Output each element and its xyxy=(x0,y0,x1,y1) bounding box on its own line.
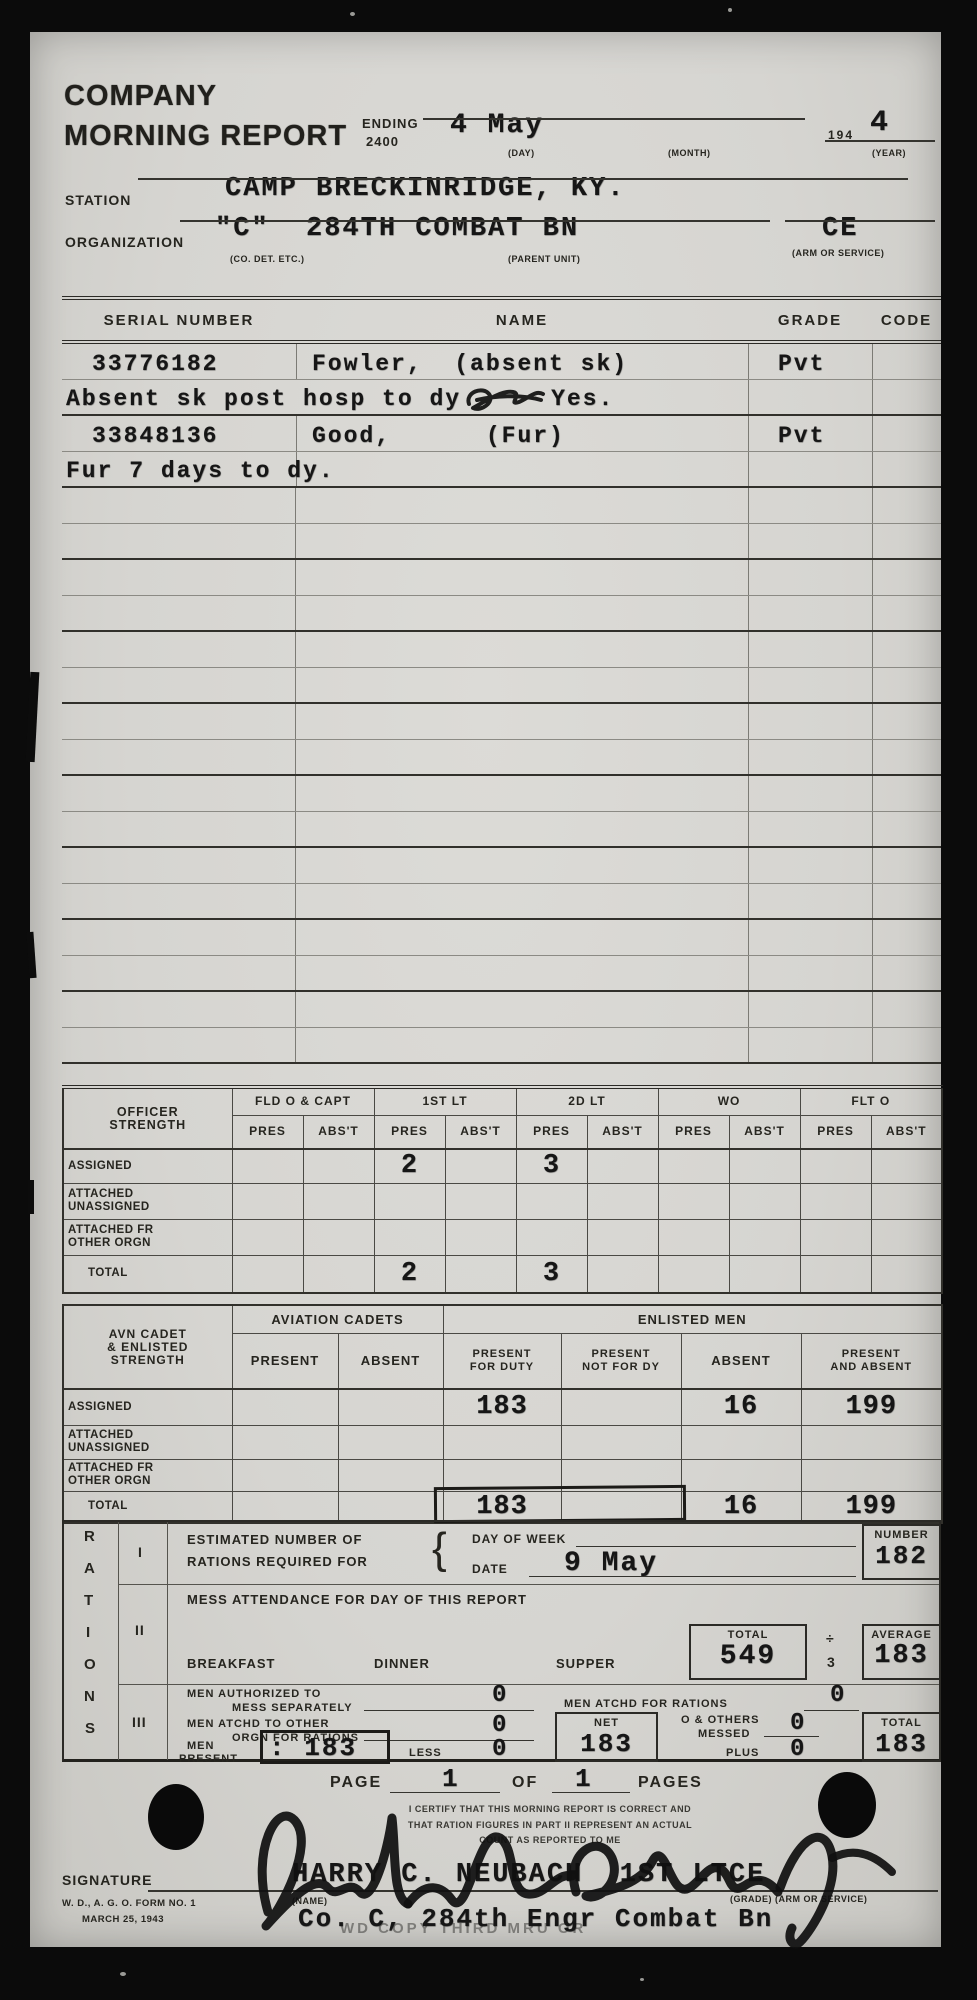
row-label-attached-unassigned: ATTACHED UNASSIGNED xyxy=(63,1183,232,1219)
others-value: 0 xyxy=(790,1710,806,1737)
atchd-other-value: 0 xyxy=(492,1712,508,1739)
cadet-strength-wrapper: AVN CADET & ENLISTED STRENGTH AVIATION C… xyxy=(62,1304,943,1524)
ending-time: 2400 xyxy=(366,134,399,149)
col-group-enlisted-men: ENLISTED MEN xyxy=(443,1305,942,1333)
number-label: NUMBER xyxy=(864,1529,939,1541)
row-label-total: TOTAL xyxy=(63,1255,232,1293)
officer-cell xyxy=(658,1149,729,1183)
entry-grade: Pvt xyxy=(778,421,825,451)
officer-cell xyxy=(658,1183,729,1219)
cadet-cell xyxy=(232,1459,338,1491)
day-of-week-underline xyxy=(576,1546,856,1547)
officer-cell xyxy=(658,1219,729,1255)
officer-cell xyxy=(303,1183,374,1219)
cadet-cell xyxy=(338,1459,443,1491)
officer-cell xyxy=(871,1183,942,1219)
blank-roster-row xyxy=(62,704,941,740)
less-value: 0 xyxy=(492,1736,508,1763)
officer-cell xyxy=(587,1149,658,1183)
scan-artifact xyxy=(28,1180,34,1214)
scan-speck xyxy=(120,1972,126,1976)
roster-body: 33776182 Fowler, (absent sk) Pvt Absent … xyxy=(62,344,941,1064)
day-of-week-label: DAY OF WEEK xyxy=(472,1532,566,1546)
officer-total-value: 2 xyxy=(401,1259,418,1289)
name-header: NAME xyxy=(296,312,748,329)
year-value: 4 xyxy=(870,106,890,140)
officer-cell xyxy=(729,1219,800,1255)
rations-letter: I xyxy=(86,1624,91,1641)
roster-entry-row: 33776182 Fowler, (absent sk) Pvt xyxy=(62,344,941,380)
rations-letter: A xyxy=(84,1560,96,1577)
form-number-line1: W. D., A. G. O. FORM NO. 1 xyxy=(62,1898,196,1909)
officer-cell xyxy=(871,1255,942,1293)
row-label-assigned: ASSIGNED xyxy=(63,1149,232,1183)
officer-cell xyxy=(445,1149,516,1183)
cadet-cell-value: 199 xyxy=(845,1392,897,1422)
divide-sign: ÷ xyxy=(826,1630,835,1646)
date-label: DATE xyxy=(472,1562,508,1576)
scan-artifact xyxy=(26,932,36,978)
mess-total-label: TOTAL xyxy=(691,1629,805,1641)
scan-speck xyxy=(350,12,355,16)
col-cadets-present: PRESENT xyxy=(232,1333,338,1389)
breakfast-label: BREAKFAST xyxy=(187,1656,275,1671)
auth-underline xyxy=(364,1710,534,1711)
cadet-cell xyxy=(681,1459,801,1491)
blank-roster-row xyxy=(62,812,941,848)
blank-roster-row xyxy=(62,668,941,704)
date-underline xyxy=(423,118,805,120)
scan-speck xyxy=(728,8,732,12)
cadet-cell xyxy=(338,1389,443,1425)
abst-header: ABS'T xyxy=(445,1115,516,1149)
cadet-cell xyxy=(338,1425,443,1459)
entry-remark-suffix: Yes. xyxy=(551,384,614,414)
officer-cell xyxy=(800,1255,871,1293)
cadet-cell xyxy=(561,1389,681,1425)
report-date-value: 4 May xyxy=(450,110,544,141)
pen-scribble xyxy=(463,382,549,416)
net-value: 183 xyxy=(557,1729,656,1759)
mess-total-value: 549 xyxy=(691,1641,805,1672)
form-title-line1: COMPANY xyxy=(64,80,217,113)
officer-cell xyxy=(374,1183,445,1219)
row-label-attached-fr-other-orgn: ATTACHED FR OTHER ORGN xyxy=(63,1219,232,1255)
abst-header: ABS'T xyxy=(303,1115,374,1149)
row-label-attached-fr-other-orgn: ATTACHED FR OTHER ORGN xyxy=(63,1459,232,1491)
col-present-and-absent: PRESENT AND ABSENT xyxy=(801,1333,942,1389)
row-label-total: TOTAL xyxy=(63,1491,232,1523)
year-label: (YEAR) xyxy=(872,148,906,158)
rations-letter: R xyxy=(84,1528,96,1545)
col-group-2d-lt: 2D LT xyxy=(516,1087,658,1115)
col-group-flt-o: FLT O xyxy=(800,1087,942,1115)
officer-cell xyxy=(729,1183,800,1219)
officer-cell xyxy=(232,1219,303,1255)
officer-cell xyxy=(374,1219,445,1255)
entry-remark: Absent sk post hosp to dy xyxy=(66,384,461,414)
station-underline xyxy=(138,178,908,180)
pres-header: PRES xyxy=(800,1115,871,1149)
atchd-rations-underline xyxy=(804,1710,859,1711)
officer-cell xyxy=(587,1255,658,1293)
officer-cell xyxy=(303,1255,374,1293)
rations-row-divider xyxy=(118,1584,939,1585)
blank-roster-row xyxy=(62,632,941,668)
men-present-line2: PRESENT xyxy=(179,1753,238,1765)
officer-cell xyxy=(516,1183,587,1219)
col-group-aviation-cadets: AVIATION CADETS xyxy=(232,1305,443,1333)
estimated-rations-line2: RATIONS REQUIRED FOR xyxy=(187,1554,368,1569)
col-group-wo: WO xyxy=(658,1087,800,1115)
rations-letter: T xyxy=(84,1592,94,1609)
signature-label: SIGNATURE xyxy=(62,1872,152,1888)
pres-header: PRES xyxy=(232,1115,303,1149)
organization-label: ORGANIZATION xyxy=(65,234,184,250)
arm-underline xyxy=(785,220,935,222)
supper-label: SUPPER xyxy=(556,1656,615,1671)
org-sub-label-2: (PARENT UNIT) xyxy=(508,254,580,264)
officer-cell xyxy=(303,1219,374,1255)
blank-roster-row xyxy=(62,848,941,884)
blank-roster-row xyxy=(62,740,941,776)
officer-strength-table: OFFICER STRENGTH FLD O & CAPT 1ST LT 2D … xyxy=(62,1085,943,1294)
blank-roster-row xyxy=(62,560,941,596)
men-atchd-for-rations-label: MEN ATCHD FOR RATIONS xyxy=(564,1698,728,1710)
cadet-total-value: 199 xyxy=(845,1492,897,1522)
org-underline xyxy=(180,220,770,222)
average-label: AVERAGE xyxy=(864,1629,939,1641)
roster-entry-row: 33848136 Good, (Fur) Pvt xyxy=(62,416,941,452)
entry-serial: 33848136 xyxy=(92,421,218,451)
men-atchd-other-line1: MEN ATCHD TO OTHER xyxy=(187,1718,329,1730)
section-numeral-2: II xyxy=(135,1622,145,1638)
others-line1: O & OTHERS xyxy=(681,1714,759,1726)
rations-row-divider xyxy=(118,1684,939,1685)
ending-label: ENDING xyxy=(362,116,419,131)
officer-cell-value: 2 xyxy=(401,1151,418,1181)
form-number-line2: MARCH 25, 1943 xyxy=(82,1914,164,1925)
officer-cell xyxy=(445,1219,516,1255)
number-box: NUMBER 182 xyxy=(862,1524,941,1580)
section-numeral-1: I xyxy=(138,1544,143,1560)
row-label-attached-unassigned: ATTACHED UNASSIGNED xyxy=(63,1425,232,1459)
organization-value: "C" 284TH COMBAT BN xyxy=(215,214,579,244)
col-enlisted-absent: ABSENT xyxy=(681,1333,801,1389)
ration-date-value: 9 May xyxy=(564,1548,658,1579)
entry-name: Fowler, (absent sk) xyxy=(312,349,628,379)
blank-roster-row xyxy=(62,524,941,560)
row-label-assigned: ASSIGNED xyxy=(63,1389,232,1425)
abst-header: ABS'T xyxy=(871,1115,942,1149)
cadet-total-value: 16 xyxy=(724,1492,758,1522)
cadet-cell xyxy=(232,1491,338,1523)
entry-grade: Pvt xyxy=(778,349,825,379)
pres-header: PRES xyxy=(374,1115,445,1149)
officer-cell xyxy=(303,1149,374,1183)
mess-total-box: TOTAL 549 xyxy=(689,1624,807,1680)
atchd-rations-value: 0 xyxy=(830,1682,846,1709)
year-underline xyxy=(825,140,935,142)
officer-cell xyxy=(871,1219,942,1255)
entry-serial: 33776182 xyxy=(92,349,218,379)
scanned-document: COMPANY MORNING REPORT ENDING 2400 4 May… xyxy=(0,0,977,2000)
abst-header: ABS'T xyxy=(729,1115,800,1149)
cadet-cell xyxy=(801,1425,942,1459)
scan-speck xyxy=(640,1978,644,1981)
entry-remark: Fur 7 days to dy. xyxy=(66,456,335,486)
blank-roster-row xyxy=(62,596,941,632)
pen-drawn-box: : 183 xyxy=(260,1730,390,1764)
less-label: LESS xyxy=(409,1747,442,1759)
cadet-strength-corner: AVN CADET & ENLISTED STRENGTH xyxy=(63,1305,232,1389)
rations-total-value: 183 xyxy=(864,1729,939,1759)
rations-letter: O xyxy=(84,1656,97,1673)
blank-roster-row xyxy=(62,488,941,524)
pen-drawn-box xyxy=(434,1485,686,1523)
rations-letter: N xyxy=(84,1688,96,1705)
day-label: (DAY) xyxy=(508,148,535,158)
divide-by-value: 3 xyxy=(827,1654,836,1670)
officer-cell-value: 3 xyxy=(543,1151,560,1181)
form-title-line2: MORNING REPORT xyxy=(64,120,347,153)
cadet-cell xyxy=(561,1425,681,1459)
average-value: 183 xyxy=(864,1641,939,1671)
cadet-cell xyxy=(338,1491,443,1523)
men-authorized-line1: MEN AUTHORIZED TO xyxy=(187,1688,321,1700)
officer-cell xyxy=(587,1219,658,1255)
cadet-cell xyxy=(801,1459,942,1491)
rations-letter: S xyxy=(85,1720,96,1737)
abst-header: ABS'T xyxy=(587,1115,658,1149)
officer-cell xyxy=(232,1149,303,1183)
men-authorized-line2: MESS SEPARATELY xyxy=(232,1702,353,1714)
serial-number-header: SERIAL NUMBER xyxy=(62,312,296,329)
men-present-value: : 183 xyxy=(269,1733,357,1763)
rations-numeral-divider xyxy=(167,1522,168,1760)
roster-remark-row: Fur 7 days to dy. xyxy=(62,452,941,488)
officer-cell xyxy=(800,1149,871,1183)
scan-artifact xyxy=(26,672,40,762)
blank-roster-row xyxy=(62,1028,941,1064)
roster-table: SERIAL NUMBER NAME GRADE CODE 33776182 F… xyxy=(62,296,941,1064)
blank-roster-row xyxy=(62,776,941,812)
officer-cell xyxy=(445,1255,516,1293)
auth-value: 0 xyxy=(492,1682,508,1709)
blank-roster-row xyxy=(62,956,941,992)
col-present-for-duty: PRESENT FOR DUTY xyxy=(443,1333,561,1389)
officer-cell xyxy=(587,1183,658,1219)
cadet-cell xyxy=(232,1425,338,1459)
officer-cell xyxy=(232,1255,303,1293)
net-label: NET xyxy=(557,1717,656,1729)
cadet-cell xyxy=(232,1389,338,1425)
rations-section: R A T I O N S I II III ESTIMATED NUMBER … xyxy=(62,1520,941,1762)
officer-cell xyxy=(729,1255,800,1293)
grade-header: GRADE xyxy=(748,312,872,329)
month-label: (MONTH) xyxy=(668,148,711,158)
officer-cell xyxy=(516,1219,587,1255)
brace-glyph: { xyxy=(432,1524,447,1574)
org-sub-label-1: (CO. DET. ETC.) xyxy=(230,254,305,264)
col-cadets-absent: ABSENT xyxy=(338,1333,443,1389)
officer-cell xyxy=(871,1149,942,1183)
cadet-cell-value: 183 xyxy=(476,1392,528,1422)
rations-letter-divider xyxy=(118,1522,119,1760)
blank-roster-row xyxy=(62,920,941,956)
col-present-not-for-dy: PRESENT NOT FOR DY xyxy=(561,1333,681,1389)
punch-hole xyxy=(148,1784,204,1850)
cadet-cell xyxy=(681,1425,801,1459)
officer-cell xyxy=(445,1183,516,1219)
cadet-cell xyxy=(443,1425,561,1459)
roster-remark-row: Absent sk post hosp to dy Yes. xyxy=(62,380,941,416)
estimated-rations-line1: ESTIMATED NUMBER OF xyxy=(187,1532,362,1547)
entry-name: Good, (Fur) xyxy=(312,421,565,451)
handwritten-signature xyxy=(220,1780,900,1950)
cadet-cell-value: 16 xyxy=(724,1392,758,1422)
officer-strength-corner: OFFICER STRENGTH xyxy=(63,1087,232,1149)
form-paper: COMPANY MORNING REPORT ENDING 2400 4 May… xyxy=(30,32,941,1947)
officer-total-value: 3 xyxy=(543,1259,560,1289)
plus-label: PLUS xyxy=(726,1747,759,1759)
average-box: AVERAGE 183 xyxy=(862,1624,941,1680)
net-box: NET 183 xyxy=(555,1712,658,1762)
number-value: 182 xyxy=(864,1541,939,1571)
blank-roster-row xyxy=(62,992,941,1028)
ration-date-underline xyxy=(529,1576,856,1577)
arm-service-label: (ARM OR SERVICE) xyxy=(792,248,884,258)
officer-cell xyxy=(800,1183,871,1219)
mess-attendance-title: MESS ATTENDANCE FOR DAY OF THIS REPORT xyxy=(187,1592,527,1607)
officer-cell xyxy=(729,1149,800,1183)
pres-header: PRES xyxy=(658,1115,729,1149)
rations-total-box: TOTAL 183 xyxy=(862,1712,941,1762)
dinner-label: DINNER xyxy=(374,1656,430,1671)
rations-total-label: TOTAL xyxy=(864,1717,939,1729)
others-line2: MESSED xyxy=(698,1728,750,1740)
blank-roster-row xyxy=(62,884,941,920)
arm-service-value: CE xyxy=(822,214,858,244)
pres-header: PRES xyxy=(516,1115,587,1149)
officer-cell xyxy=(232,1183,303,1219)
officer-cell xyxy=(800,1219,871,1255)
col-group-fldo-capt: FLD O & CAPT xyxy=(232,1087,374,1115)
code-header: CODE xyxy=(872,312,941,329)
section-numeral-3: III xyxy=(132,1714,147,1730)
men-present-line1: MEN xyxy=(187,1740,214,1752)
plus-value: 0 xyxy=(790,1736,806,1763)
col-group-1st-lt: 1ST LT xyxy=(374,1087,516,1115)
station-label: STATION xyxy=(65,192,131,208)
officer-cell xyxy=(658,1255,729,1293)
roster-header-row: SERIAL NUMBER NAME GRADE CODE xyxy=(62,296,941,344)
